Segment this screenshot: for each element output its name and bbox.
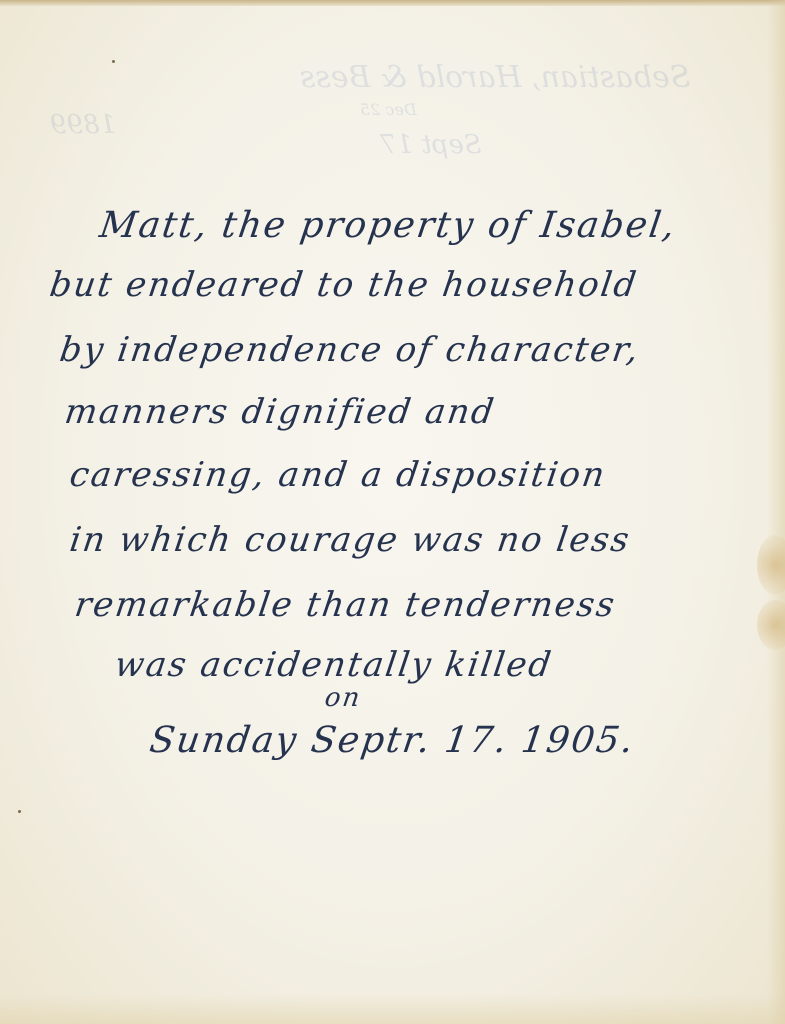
inscription: Matt, the property of Isabel, but endear… [0, 0, 785, 1024]
manuscript-page: Sebastian, Harold & Bess Dec 25 1899 Sep… [0, 0, 785, 1024]
inscription-line: remarkable than tenderness [72, 585, 618, 625]
inscription-line: manners dignified and [62, 392, 498, 432]
inscription-line: Matt, the property of Isabel, [97, 205, 679, 246]
inscription-line: caressing, and a disposition [67, 455, 609, 495]
inscription-line: but endeared to the household [47, 265, 640, 305]
inscription-line: on [323, 683, 364, 713]
inscription-line: in which courage was no less [67, 520, 633, 560]
inscription-line: was accidentally killed [112, 645, 555, 685]
inscription-date-line: Sunday Septr. 17. 1905. [147, 720, 637, 761]
inscription-line: by independence of character, [57, 330, 642, 370]
